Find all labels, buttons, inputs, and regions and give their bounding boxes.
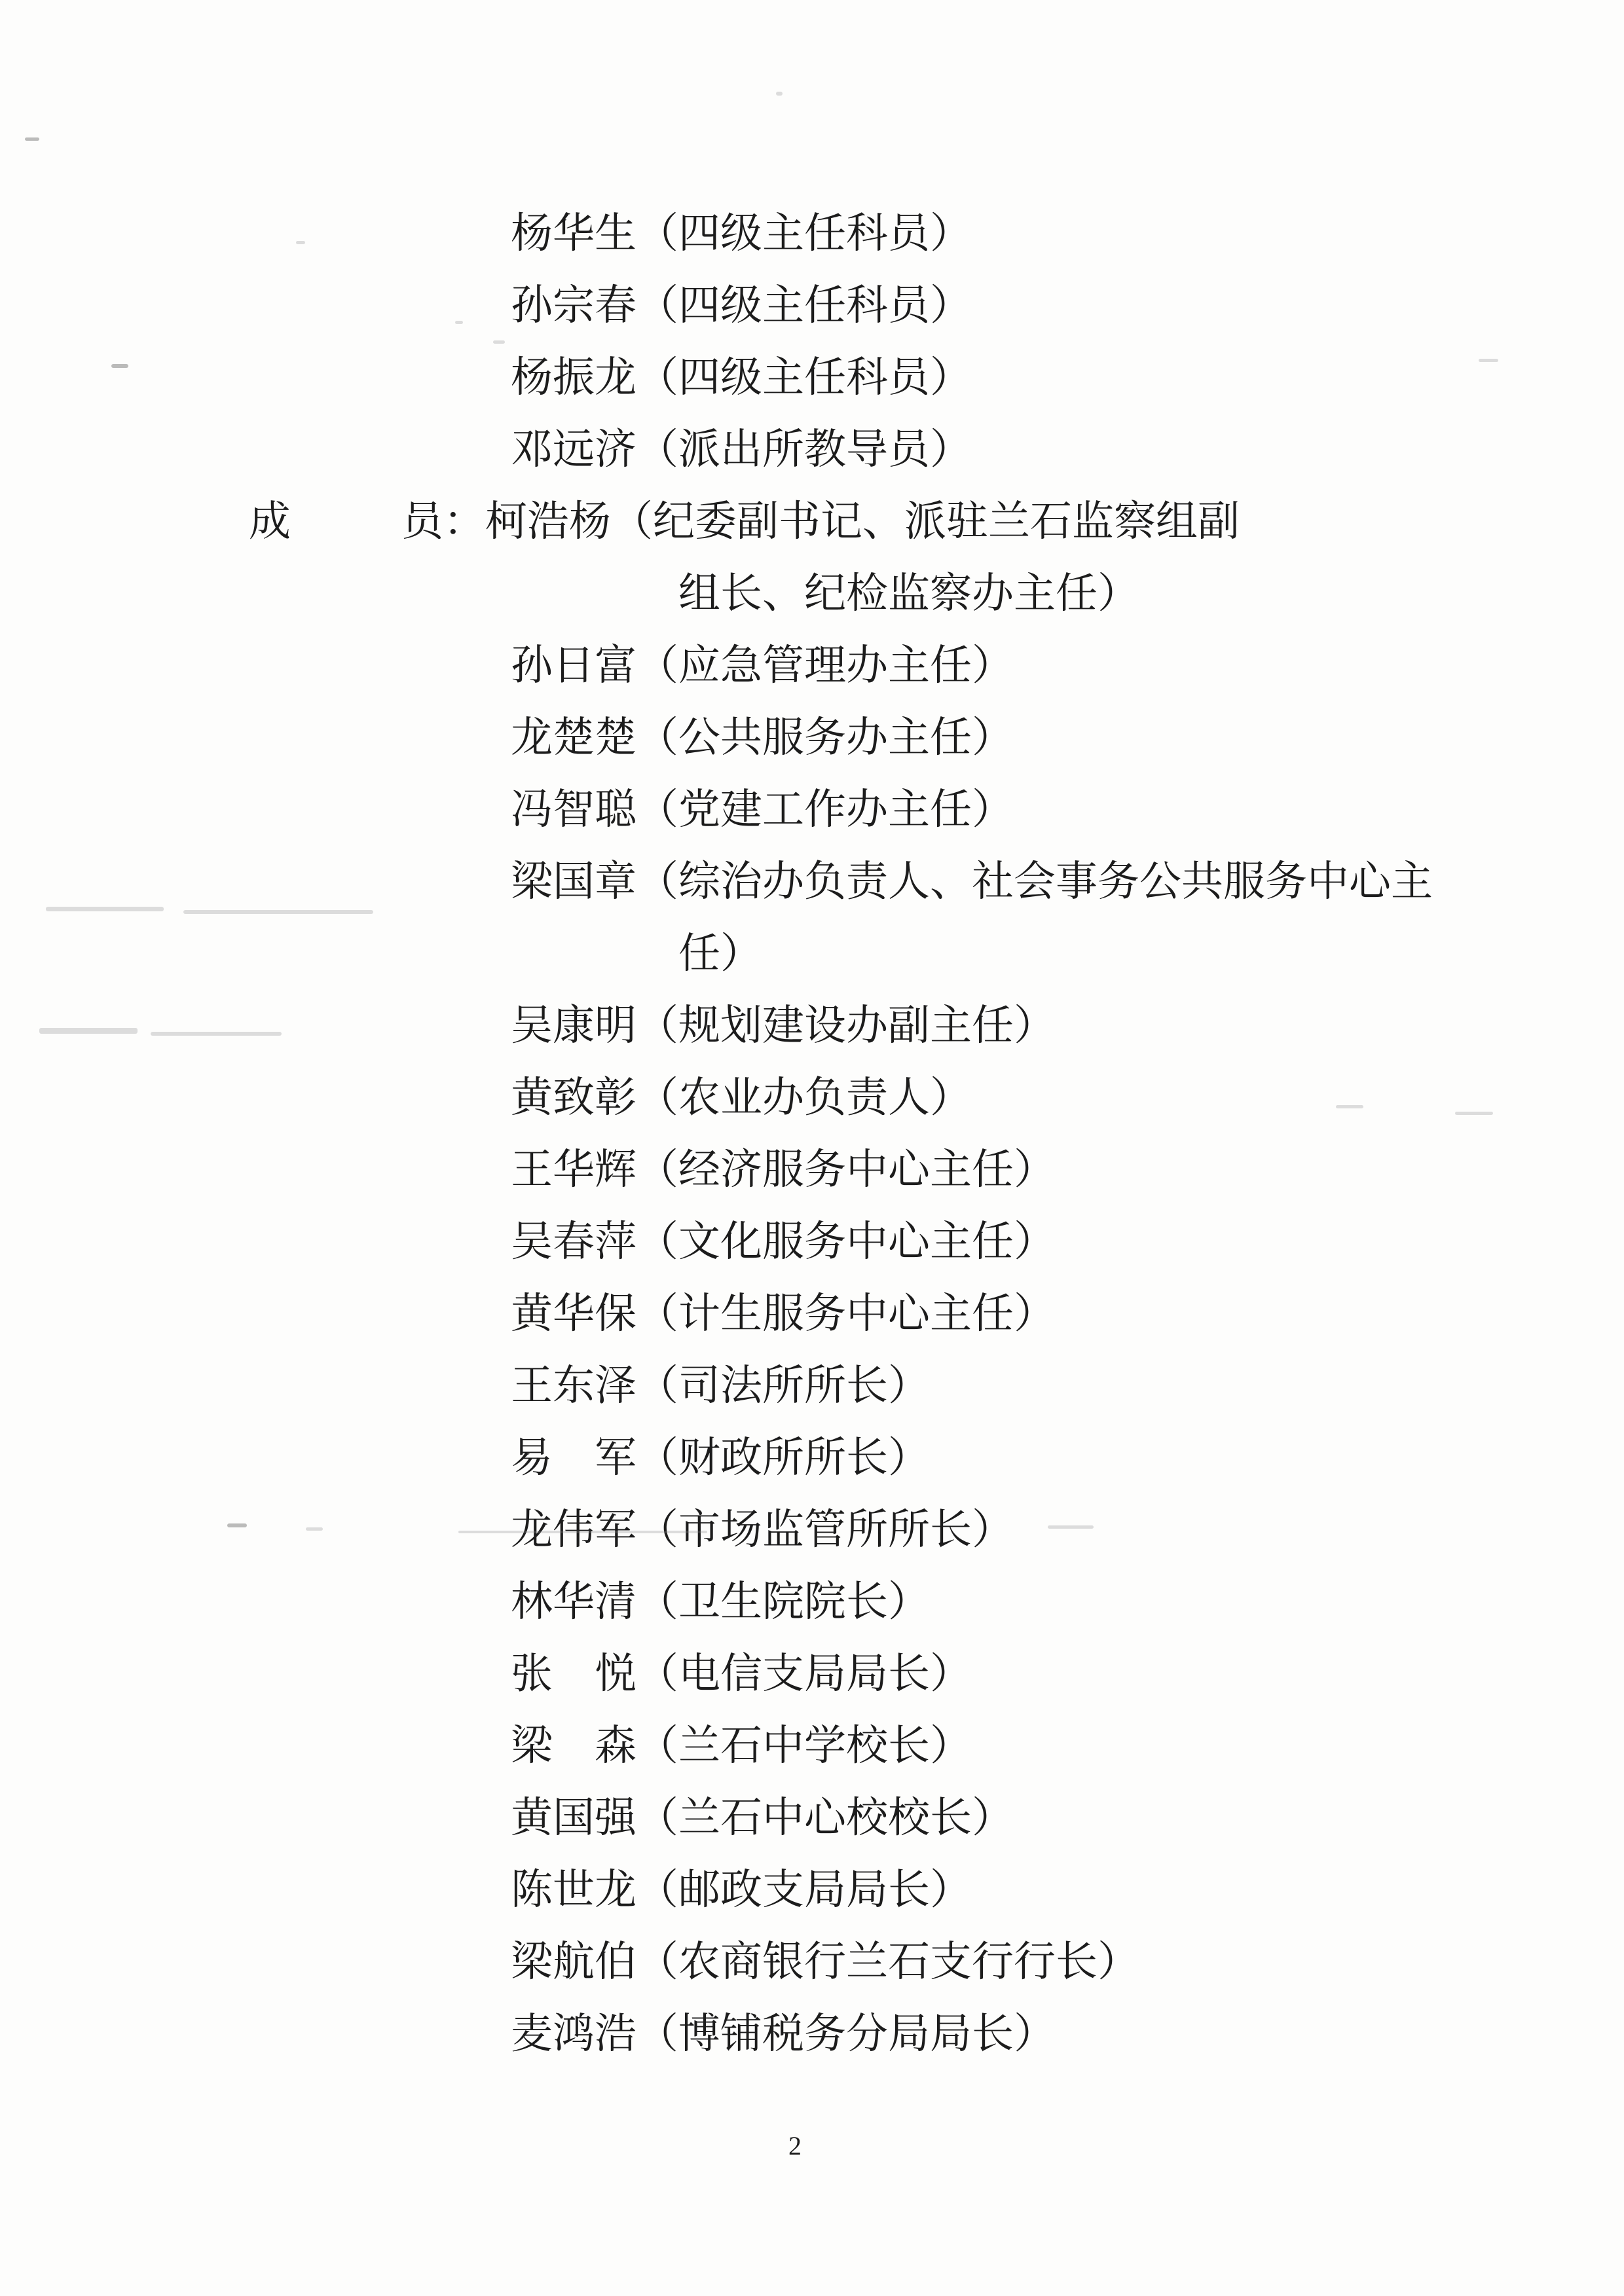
line-text: 林华清（卫生院院长）: [511, 1578, 930, 1625]
scan-artifact: [1479, 359, 1498, 362]
list-line: 梁国章（综治办负责人、社会事务公共服务中心主: [0, 846, 1624, 918]
list-line: 冯智聪（党建工作办主任）: [0, 774, 1624, 846]
scan-artifact: [455, 321, 463, 324]
line-text: 杨振龙（四级主任科员）: [511, 354, 972, 401]
list-line: 黄国强（兰石中心校校长）: [0, 1782, 1624, 1854]
member-heading-line: 成员：柯浩杨（纪委副书记、派驻兰石监察组副: [0, 486, 1624, 558]
line-text: 任）: [678, 930, 762, 977]
scan-artifact: [306, 1527, 323, 1531]
line-text: 王东泽（司法所所长）: [511, 1362, 930, 1409]
line-text: 陈世龙（邮政支局局长）: [511, 1867, 972, 1913]
scan-artifact: [458, 1531, 707, 1533]
line-text: 梁航伯（农商银行兰石支行行长）: [511, 1939, 1139, 1985]
list-line: 张 悦（电信支局局长）: [0, 1638, 1624, 1710]
line-text: 麦鸿浩（博铺税务分局局长）: [511, 2011, 1056, 2057]
line-text: 杨华生（四级主任科员）: [511, 210, 972, 257]
scan-artifact: [111, 364, 128, 368]
page-number: 2: [788, 2133, 802, 2159]
member-label-char-first: 成: [249, 498, 291, 545]
line-text: 王华辉（经济服务中心主任）: [511, 1146, 1056, 1193]
list-line: 杨振龙（四级主任科员）: [0, 342, 1624, 414]
scan-artifact: [1336, 1105, 1363, 1108]
line-text: 黄致彰（农业办负责人）: [511, 1074, 972, 1121]
scan-artifact: [46, 907, 164, 911]
list-line: 陈世龙（邮政支局局长）: [0, 1854, 1624, 1926]
list-line: 王东泽（司法所所长）: [0, 1350, 1624, 1422]
scan-artifact: [25, 137, 39, 141]
line-text: 邓远济（派出所教导员）: [511, 426, 972, 473]
line-text: 黄国强（兰石中心校校长）: [511, 1795, 1014, 1841]
scan-artifact: [1048, 1525, 1094, 1529]
list-line: 龙伟军（市场监管所所长）: [0, 1494, 1624, 1566]
list-line: 林华清（卫生院院长）: [0, 1566, 1624, 1638]
scan-artifact: [776, 92, 783, 96]
list-line: 麦鸿浩（博铺税务分局局长）: [0, 1998, 1624, 2070]
list-line: 王华辉（经济服务中心主任）: [0, 1134, 1624, 1206]
line-text: 黄华保（计生服务中心主任）: [511, 1290, 1056, 1337]
line-text: 孙宗春（四级主任科员）: [511, 282, 972, 329]
list-line: 梁 森（兰石中学校长）: [0, 1710, 1624, 1782]
list-line: 黄致彰（农业办负责人）: [0, 1062, 1624, 1134]
line-text: 冯智聪（党建工作办主任）: [511, 786, 1014, 833]
scan-artifact: [296, 241, 305, 244]
list-line: 杨华生（四级主任科员）: [0, 198, 1624, 270]
scan-artifact: [227, 1523, 247, 1527]
list-line: 黄华保（计生服务中心主任）: [0, 1278, 1624, 1350]
scan-artifact: [183, 910, 373, 914]
list-line: 孙日富（应急管理办主任）: [0, 630, 1624, 702]
scanned-document-page: 杨华生（四级主任科员） 孙宗春（四级主任科员） 杨振龙（四级主任科员） 邓远济（…: [0, 0, 1624, 2296]
document-body: 杨华生（四级主任科员） 孙宗春（四级主任科员） 杨振龙（四级主任科员） 邓远济（…: [0, 198, 1624, 2070]
member-label-char-second: 员: [401, 498, 443, 545]
line-text: 龙伟军（市场监管所所长）: [511, 1506, 1014, 1553]
line-text: 孙日富（应急管理办主任）: [511, 642, 1014, 689]
line-text: 组长、纪检监察办主任）: [678, 570, 1139, 617]
list-line: 易 军（财政所所长）: [0, 1422, 1624, 1494]
line-text: 梁国章（综治办负责人、社会事务公共服务中心主: [511, 858, 1433, 905]
line-text: 张 悦（电信支局局长）: [511, 1650, 972, 1697]
continuation-line: 任）: [0, 918, 1624, 990]
line-text: 吴春萍（文化服务中心主任）: [511, 1218, 1056, 1265]
list-line: 吴春萍（文化服务中心主任）: [0, 1206, 1624, 1278]
continuation-line: 组长、纪检监察办主任）: [0, 558, 1624, 630]
line-text: 柯浩杨（纪委副书记、派驻兰石监察组副: [485, 498, 1240, 545]
scan-artifact: [39, 1028, 138, 1034]
list-line: 梁航伯（农商银行兰石支行行长）: [0, 1926, 1624, 1998]
list-line: 吴康明（规划建设办副主任）: [0, 990, 1624, 1062]
list-line: 孙宗春（四级主任科员）: [0, 270, 1624, 342]
scan-artifact: [493, 340, 505, 344]
list-line: 龙楚楚（公共服务办主任）: [0, 702, 1624, 774]
line-text: 吴康明（规划建设办副主任）: [511, 1002, 1056, 1049]
line-text: 龙楚楚（公共服务办主任）: [511, 714, 1014, 761]
line-text: 易 军（财政所所长）: [511, 1434, 930, 1481]
line-text: 梁 森（兰石中学校长）: [511, 1722, 972, 1769]
scan-artifact: [151, 1032, 282, 1036]
list-line: 邓远济（派出所教导员）: [0, 414, 1624, 486]
scan-artifact: [1455, 1112, 1493, 1115]
member-label-colon: ：: [443, 498, 485, 545]
